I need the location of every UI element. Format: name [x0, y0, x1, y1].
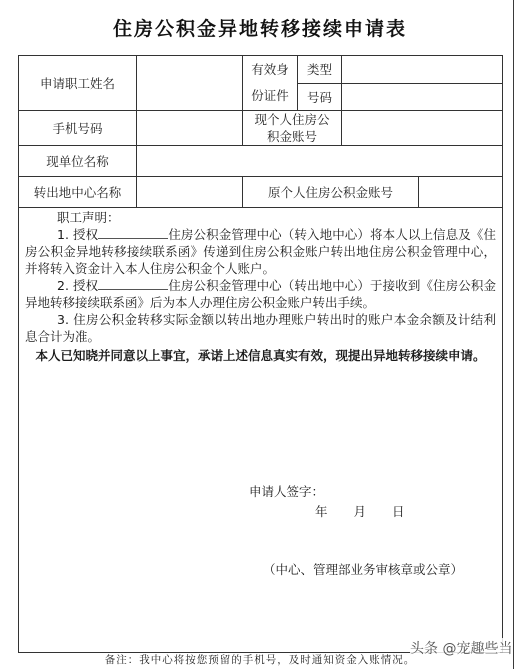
authorized-center-blank-2[interactable]: [98, 277, 168, 290]
id-document-label: 有效身 份证件: [243, 56, 298, 111]
declaration-item-1-prefix: 1. 授权: [57, 227, 98, 242]
source-watermark: 头条 @宠趣些当: [410, 638, 512, 658]
date-day-label: 日: [392, 503, 405, 520]
phone-field[interactable]: [137, 111, 243, 146]
applicant-name-label: 申请职工姓名: [19, 56, 137, 111]
source-center-label: 转出地中心名称: [19, 177, 137, 208]
declaration-item-3: 3. 住房公积金转移实际金额以转出地办理账户转出时的账户本金余额及计结利息合计为…: [25, 311, 496, 345]
date-year-label: 年: [315, 503, 328, 520]
declaration-item-1: 1. 授权住房公积金管理中心（转入地中心）将本人以上信息及《住房公积金异地转移接…: [25, 226, 496, 277]
original-account-field[interactable]: [419, 177, 503, 208]
id-type-label: 类型: [298, 56, 342, 84]
applicant-name-field[interactable]: [137, 56, 243, 111]
id-type-field[interactable]: [342, 56, 503, 84]
id-number-label: 号码: [298, 84, 342, 111]
date-month-label: 月: [354, 503, 367, 520]
page-edge-divider: [513, 0, 514, 669]
applicant-signature-label: 申请人签字：: [249, 483, 324, 500]
current-account-field[interactable]: [342, 111, 503, 146]
declaration-item-2-prefix: 2. 授权: [57, 278, 98, 293]
declaration-item-2: 2. 授权住房公积金管理中心（转出地中心）于接收到《住房公积金异地转移接续联系函…: [25, 277, 496, 311]
authorized-center-blank-1[interactable]: [98, 226, 168, 239]
phone-label: 手机号码: [19, 111, 137, 146]
current-employer-field[interactable]: [137, 146, 503, 177]
id-document-label-line1: 有效身: [243, 57, 297, 83]
original-account-label: 原个人住房公积金账号: [243, 177, 419, 208]
declaration-section: 职工声明： 1. 授权住房公积金管理中心（转入地中心）将本人以上信息及《住房公积…: [19, 208, 503, 653]
official-seal-note: （中心、管理部业务审核章或公章）: [263, 561, 463, 578]
source-center-field[interactable]: [137, 177, 243, 208]
current-employer-label: 现单位名称: [19, 146, 137, 177]
declaration-commitment: 本人已知晓并同意以上事宜，承诺上述信息真实有效，现提出异地转移接续申请。: [25, 347, 496, 364]
current-account-label: 现个人住房公积金账号: [243, 111, 342, 146]
document-title: 住房公积金异地转移接续申请表: [0, 14, 520, 41]
signature-date: 年 月 日: [315, 503, 405, 520]
application-form-table: 申请职工姓名 有效身 份证件 类型 号码 手机号码 现个人住房公积金账号 现单位…: [18, 55, 503, 653]
id-number-field[interactable]: [342, 84, 503, 111]
declaration-heading: 职工声明：: [25, 209, 496, 226]
id-document-label-line2: 份证件: [243, 83, 297, 109]
